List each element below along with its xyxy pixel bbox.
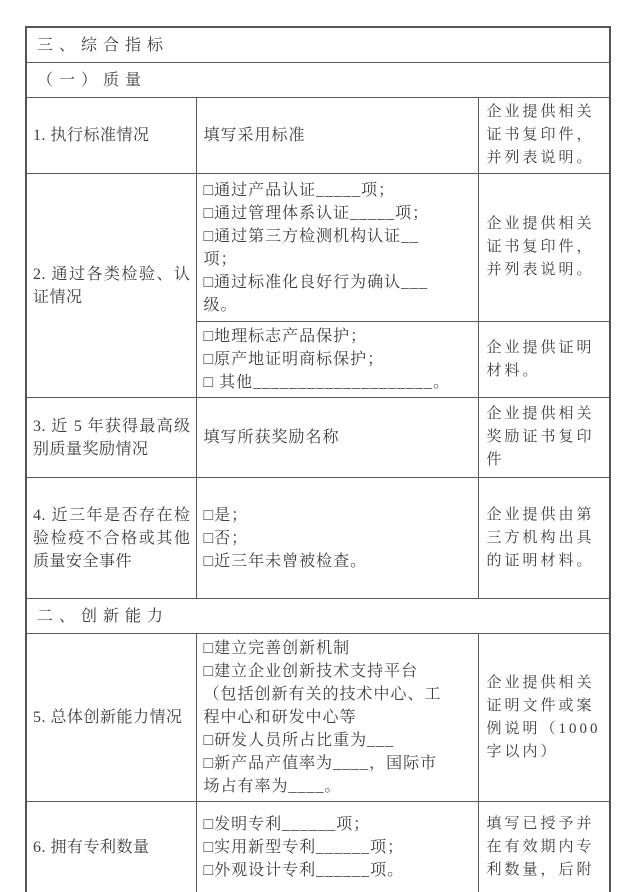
row5-indicator-label: 5. 总体创新能力情况 — [26, 634, 196, 802]
row6-evidence-note: 填写已授予并 在有效期内专 利数量，后附 — [478, 802, 610, 892]
table-row: 1. 执行标准情况 填写采用标准 企业提供相关 证书复印件， 并列表说明。 — [26, 98, 610, 174]
row4-evidence-note: 企业提供由第 三方机构出具 的证明材料。 — [478, 478, 610, 599]
section-row-innovation: 二、创新能力 — [26, 599, 610, 634]
section-row-quality: （一）质量 — [26, 63, 610, 98]
row2-certification-checklist: □通过产品认证_____项； □通过管理体系认证_____项； □通过第三方检测… — [196, 174, 478, 322]
row4-checklist: □是； □否； □近三年未曾被检查。 — [196, 478, 478, 599]
row5-checklist: □建立完善创新机制 □建立企业创新技术支持平台 （包括创新有关的技术中心、工 程… — [196, 634, 478, 802]
row1-indicator-label: 1. 执行标准情况 — [26, 98, 196, 174]
table-row: 3. 近 5 年获得最高级别质量奖励情况 填写所获奖励名称 企业提供相关 奖励证… — [26, 398, 610, 478]
row6-indicator-label: 6. 拥有专利数量 — [26, 802, 196, 892]
row4-indicator-label: 4. 近三年是否存在检验检疫不合格或其他质量安全事件 — [26, 478, 196, 599]
section-header-comprehensive-indicators: 三、综合指标 — [26, 27, 610, 63]
row2-certification-evidence-note: 企业提供相关 证书复印件， 并列表说明。 — [478, 174, 610, 322]
document-page: 三、综合指标 （一）质量 1. 执行标准情况 填写采用标准 企业提供相关 证书复… — [0, 0, 634, 892]
row3-fill-instruction: 填写所获奖励名称 — [196, 398, 478, 478]
section-header-quality: （一）质量 — [26, 63, 610, 98]
row2-protection-checklist: □地理标志产品保护； □原产地证明商标保护； □ 其他_____________… — [196, 322, 478, 398]
row5-evidence-note: 企业提供相关 证明文件或案 例说明（1000 字以内） — [478, 634, 610, 802]
row6-checklist: □发明专利______项； □实用新型专利______项； □外观设计专利___… — [196, 802, 478, 892]
section-header-innovation-capability: 二、创新能力 — [26, 599, 610, 634]
table-row: 6. 拥有专利数量 □发明专利______项； □实用新型专利______项； … — [26, 802, 610, 892]
table-row: 2. 通过各类检验、认证情况 □通过产品认证_____项； □通过管理体系认证_… — [26, 174, 610, 322]
row1-fill-instruction: 填写采用标准 — [196, 98, 478, 174]
indicator-table: 三、综合指标 （一）质量 1. 执行标准情况 填写采用标准 企业提供相关 证书复… — [25, 26, 611, 892]
row3-evidence-note: 企业提供相关 奖励证书复印 件 — [478, 398, 610, 478]
row1-evidence-note: 企业提供相关 证书复印件， 并列表说明。 — [478, 98, 610, 174]
row3-indicator-label: 3. 近 5 年获得最高级别质量奖励情况 — [26, 398, 196, 478]
table-row: 4. 近三年是否存在检验检疫不合格或其他质量安全事件 □是； □否； □近三年未… — [26, 478, 610, 599]
section-row-comprehensive: 三、综合指标 — [26, 27, 610, 63]
row2-indicator-label: 2. 通过各类检验、认证情况 — [26, 174, 196, 398]
table-row: 5. 总体创新能力情况 □建立完善创新机制 □建立企业创新技术支持平台 （包括创… — [26, 634, 610, 802]
row2-protection-evidence-note: 企业提供证明 材料。 — [478, 322, 610, 398]
